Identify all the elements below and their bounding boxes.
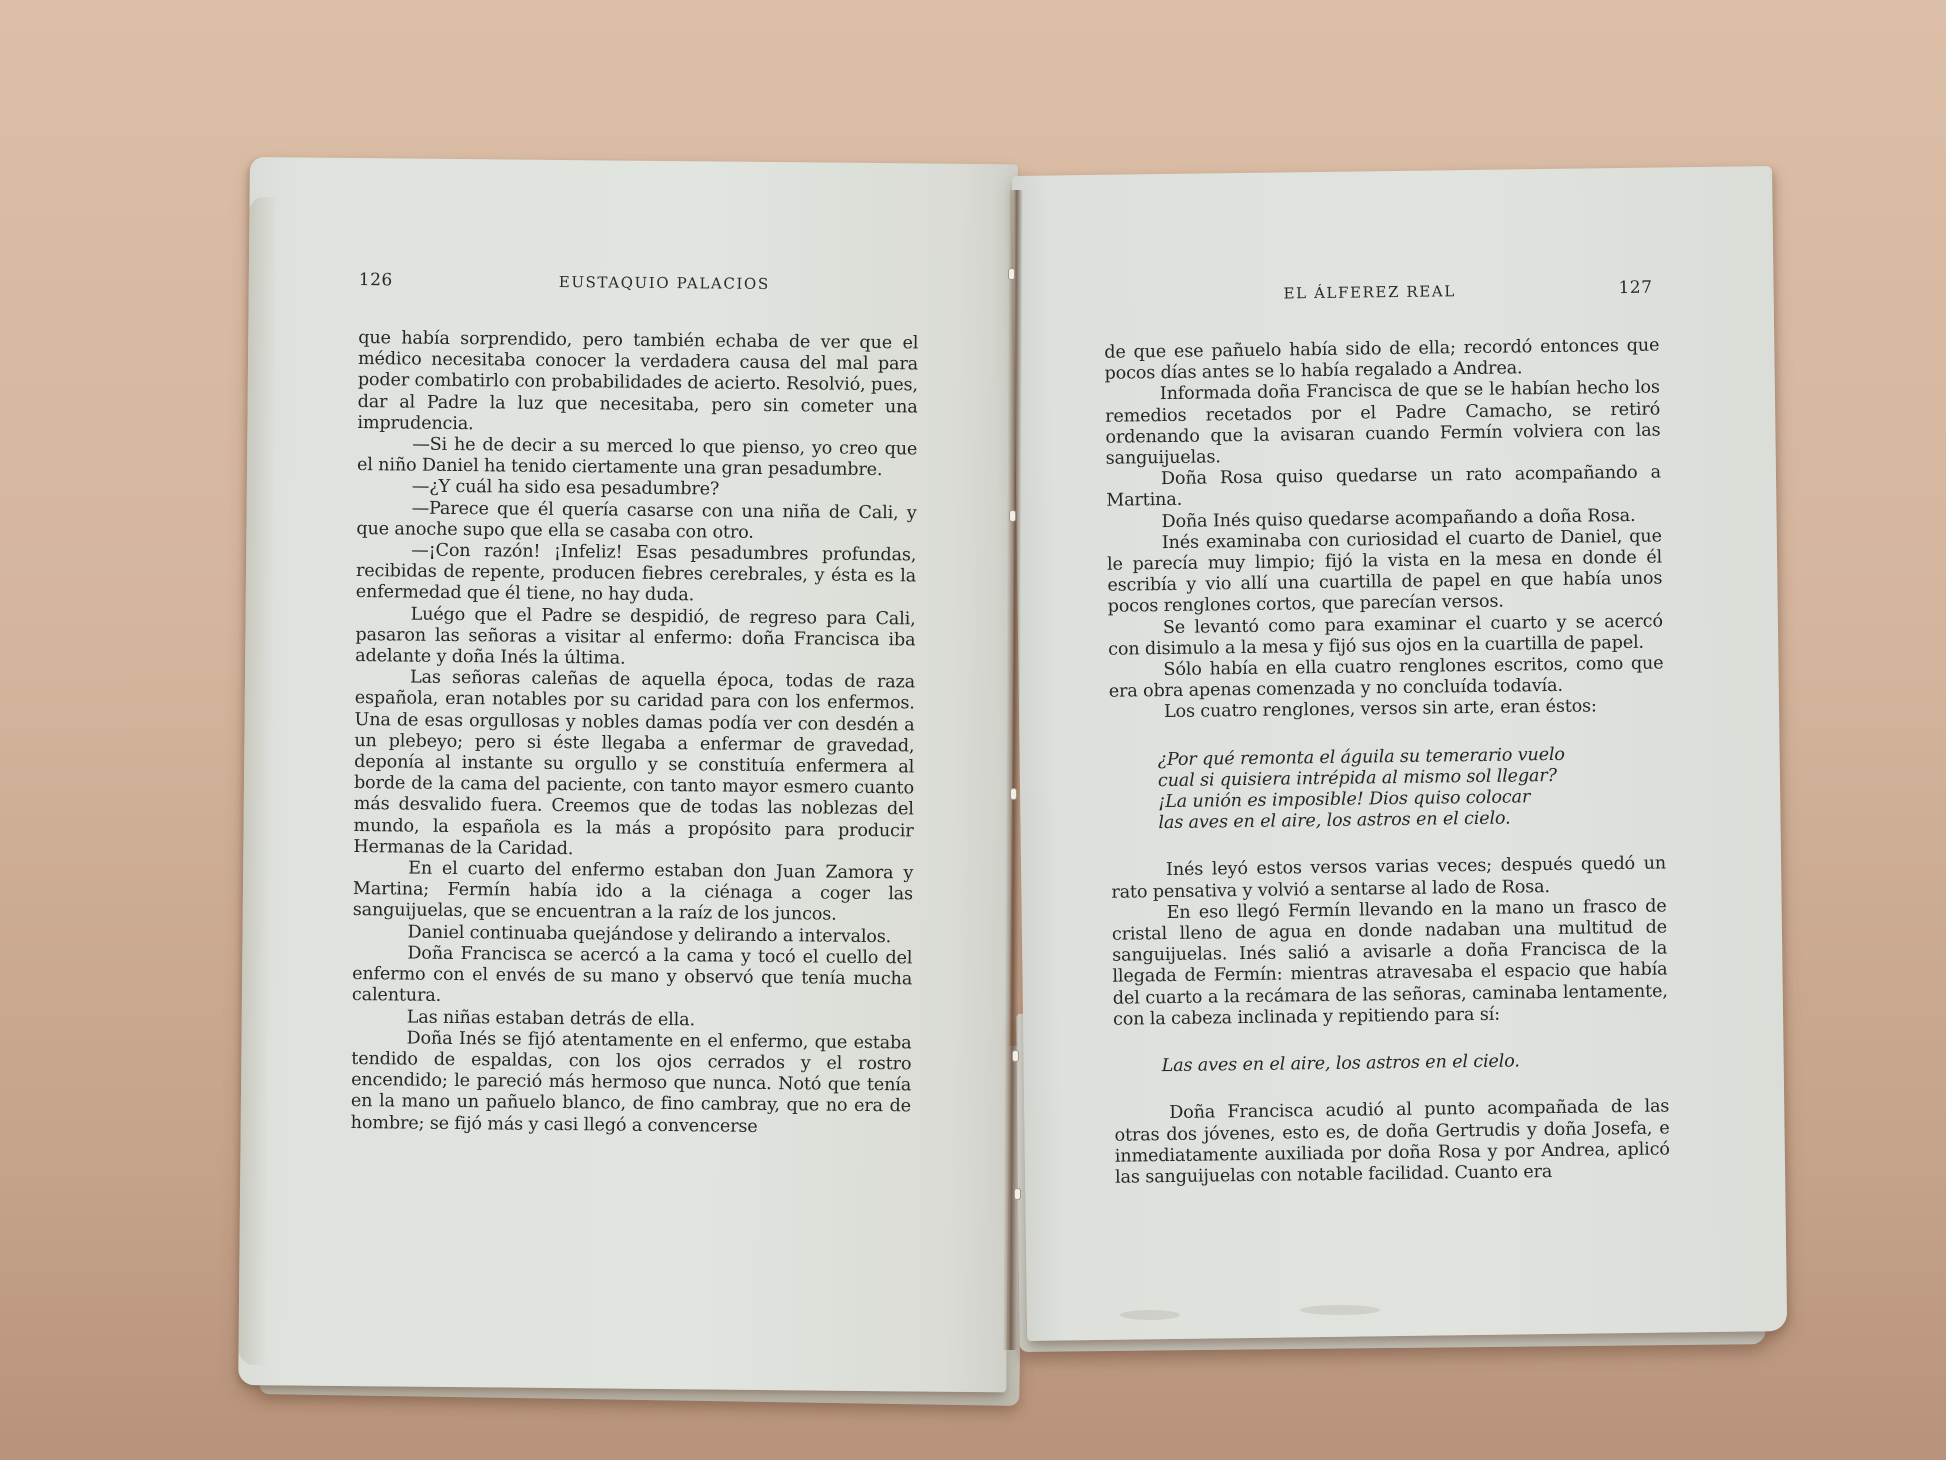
left-running-head: EUSTAQUIO PALACIOS [559, 273, 770, 293]
paragraph: En eso llegó Fermín llevando en la mano … [1112, 896, 1669, 1030]
right-page: EL ÁLFEREZ REAL 127 de que ese pañuelo h… [1012, 166, 1787, 1341]
paper-smudge [1300, 1305, 1380, 1315]
left-page-number: 126 [359, 270, 393, 290]
binding-stitch [1009, 510, 1016, 522]
poem-verse: ¿Por qué remonta el águila su temerario … [1158, 743, 1666, 834]
right-page-number: 127 [1618, 278, 1652, 298]
paragraph: de que ese pañuelo había sido de ella; r… [1104, 336, 1660, 386]
paragraph: Inés leyó estos versos varias veces; des… [1111, 854, 1667, 904]
paragraph: —Parece que él quería casarse con una ni… [356, 498, 916, 546]
open-book-photo: 126 EUSTAQUIO PALACIOS que había sorpren… [0, 0, 1946, 1460]
binding-stitch [1012, 1050, 1019, 1062]
paragraph: Luégo que el Padre se despidió, de regre… [355, 604, 916, 673]
paragraph: Se levantó como para examinar el cuarto … [1108, 611, 1664, 661]
binding-stitch [1014, 1188, 1021, 1200]
binding-stitch [1010, 788, 1017, 800]
paper-smudge [1120, 1310, 1180, 1320]
binding-stitch [1008, 268, 1015, 280]
paragraph: Informada doña Francisca de que se le ha… [1105, 378, 1661, 470]
paragraph: Doña Inés se fijó atentamente en el enfe… [351, 1028, 912, 1139]
paragraph: Doña Francisca se acercó a la cama y toc… [352, 943, 913, 1012]
verse-repeat: Las aves en el aire, los astros en el ci… [1162, 1050, 1669, 1078]
paragraph: —¡Con razón! ¡Infeliz! Esas pesadumbres … [356, 540, 917, 609]
paragraph: que había sorprendido, pero también echa… [357, 328, 918, 439]
right-running-head: EL ÁLFEREZ REAL [1283, 282, 1456, 302]
paragraph: Las señoras caleñas de aquella época, to… [353, 667, 915, 863]
left-page: 126 EUSTAQUIO PALACIOS que había sorpren… [238, 157, 1018, 1392]
left-page-body: que había sorprendido, pero también echa… [351, 328, 919, 1139]
right-page-body: de que ese pañuelo había sido de ella; r… [1104, 336, 1670, 1189]
paragraph: Doña Francisca acudió al punto acompañad… [1114, 1097, 1670, 1189]
paragraph: —Si he de decir a su merced lo que piens… [357, 434, 917, 482]
paragraph: Inés examinaba con curiosidad el cuarto … [1107, 526, 1663, 618]
paragraph: Doña Rosa quiso quedarse un rato acompañ… [1106, 463, 1662, 513]
paragraph: En el cuarto del enfermo estaban don Jua… [353, 858, 914, 927]
